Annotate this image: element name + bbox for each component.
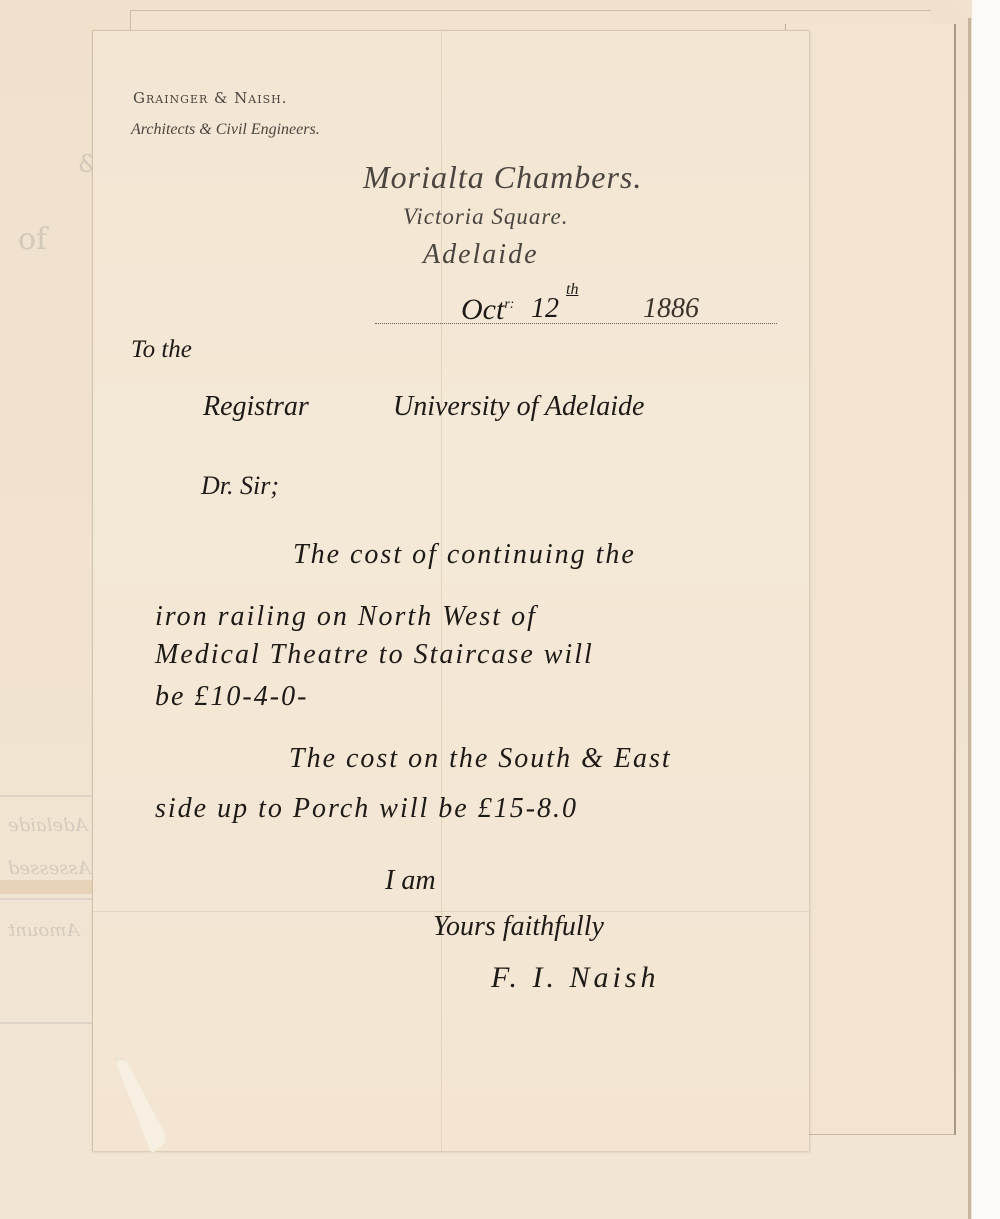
fold-line-vertical xyxy=(441,31,442,1151)
ghost-text-assessed: Assessed xyxy=(8,858,91,879)
ghost-text-of: of xyxy=(18,222,47,257)
date-month-text: Oct xyxy=(461,293,504,326)
closing-line-1: I am xyxy=(385,865,436,897)
letterhead-address-line-1: Morialta Chambers. xyxy=(363,159,642,196)
date-year: 1886 xyxy=(643,293,699,325)
recipient-title: Registrar xyxy=(203,391,309,423)
recipient-institution: University of Adelaide xyxy=(393,391,644,423)
date-month-suffix: r: xyxy=(504,297,514,312)
body-paragraph-1-line-3: Medical Theatre to Staircase will xyxy=(155,639,594,671)
ghost-text-amount: Amount xyxy=(8,920,79,941)
ghost-text-faint-1: ⁠⁠⁠ ⁠ xyxy=(20,58,31,98)
scanner-margin xyxy=(972,0,1000,1219)
ghost-text-adelaide: Adelaide xyxy=(8,815,88,836)
salutation: Dr. Sir; xyxy=(201,471,279,501)
date-month: Octr: xyxy=(461,293,514,327)
recipient-line-1: To the xyxy=(131,336,192,364)
letterhead-address-line-3: Adelaide xyxy=(423,239,539,271)
letterhead-address-line-2: Victoria Square. xyxy=(403,204,568,230)
closing-line-2: Yours faithfully xyxy=(433,911,604,943)
signature: F. I. Naish xyxy=(491,961,659,995)
body-paragraph-1-line-1: The cost of continuing the xyxy=(293,539,636,571)
date-day-suffix: th xyxy=(566,281,578,299)
right-sheet-panel xyxy=(785,24,956,1135)
body-paragraph-1-line-4: be £10-4-0- xyxy=(155,681,308,713)
body-paragraph-2-line-2: side up to Porch will be £15-8.0 xyxy=(155,793,578,825)
letterhead-firm-subtitle: Architects & Civil Engineers. xyxy=(131,121,320,139)
date-day: 12 xyxy=(531,293,559,325)
body-paragraph-1-line-2: iron railing on North West of xyxy=(155,601,537,633)
body-paragraph-2-line-1: The cost on the South & East xyxy=(289,743,672,775)
letterhead-firm-name: Grainger & Naish. xyxy=(133,89,287,107)
letter-page: Grainger & Naish. Architects & Civil Eng… xyxy=(92,30,809,1151)
